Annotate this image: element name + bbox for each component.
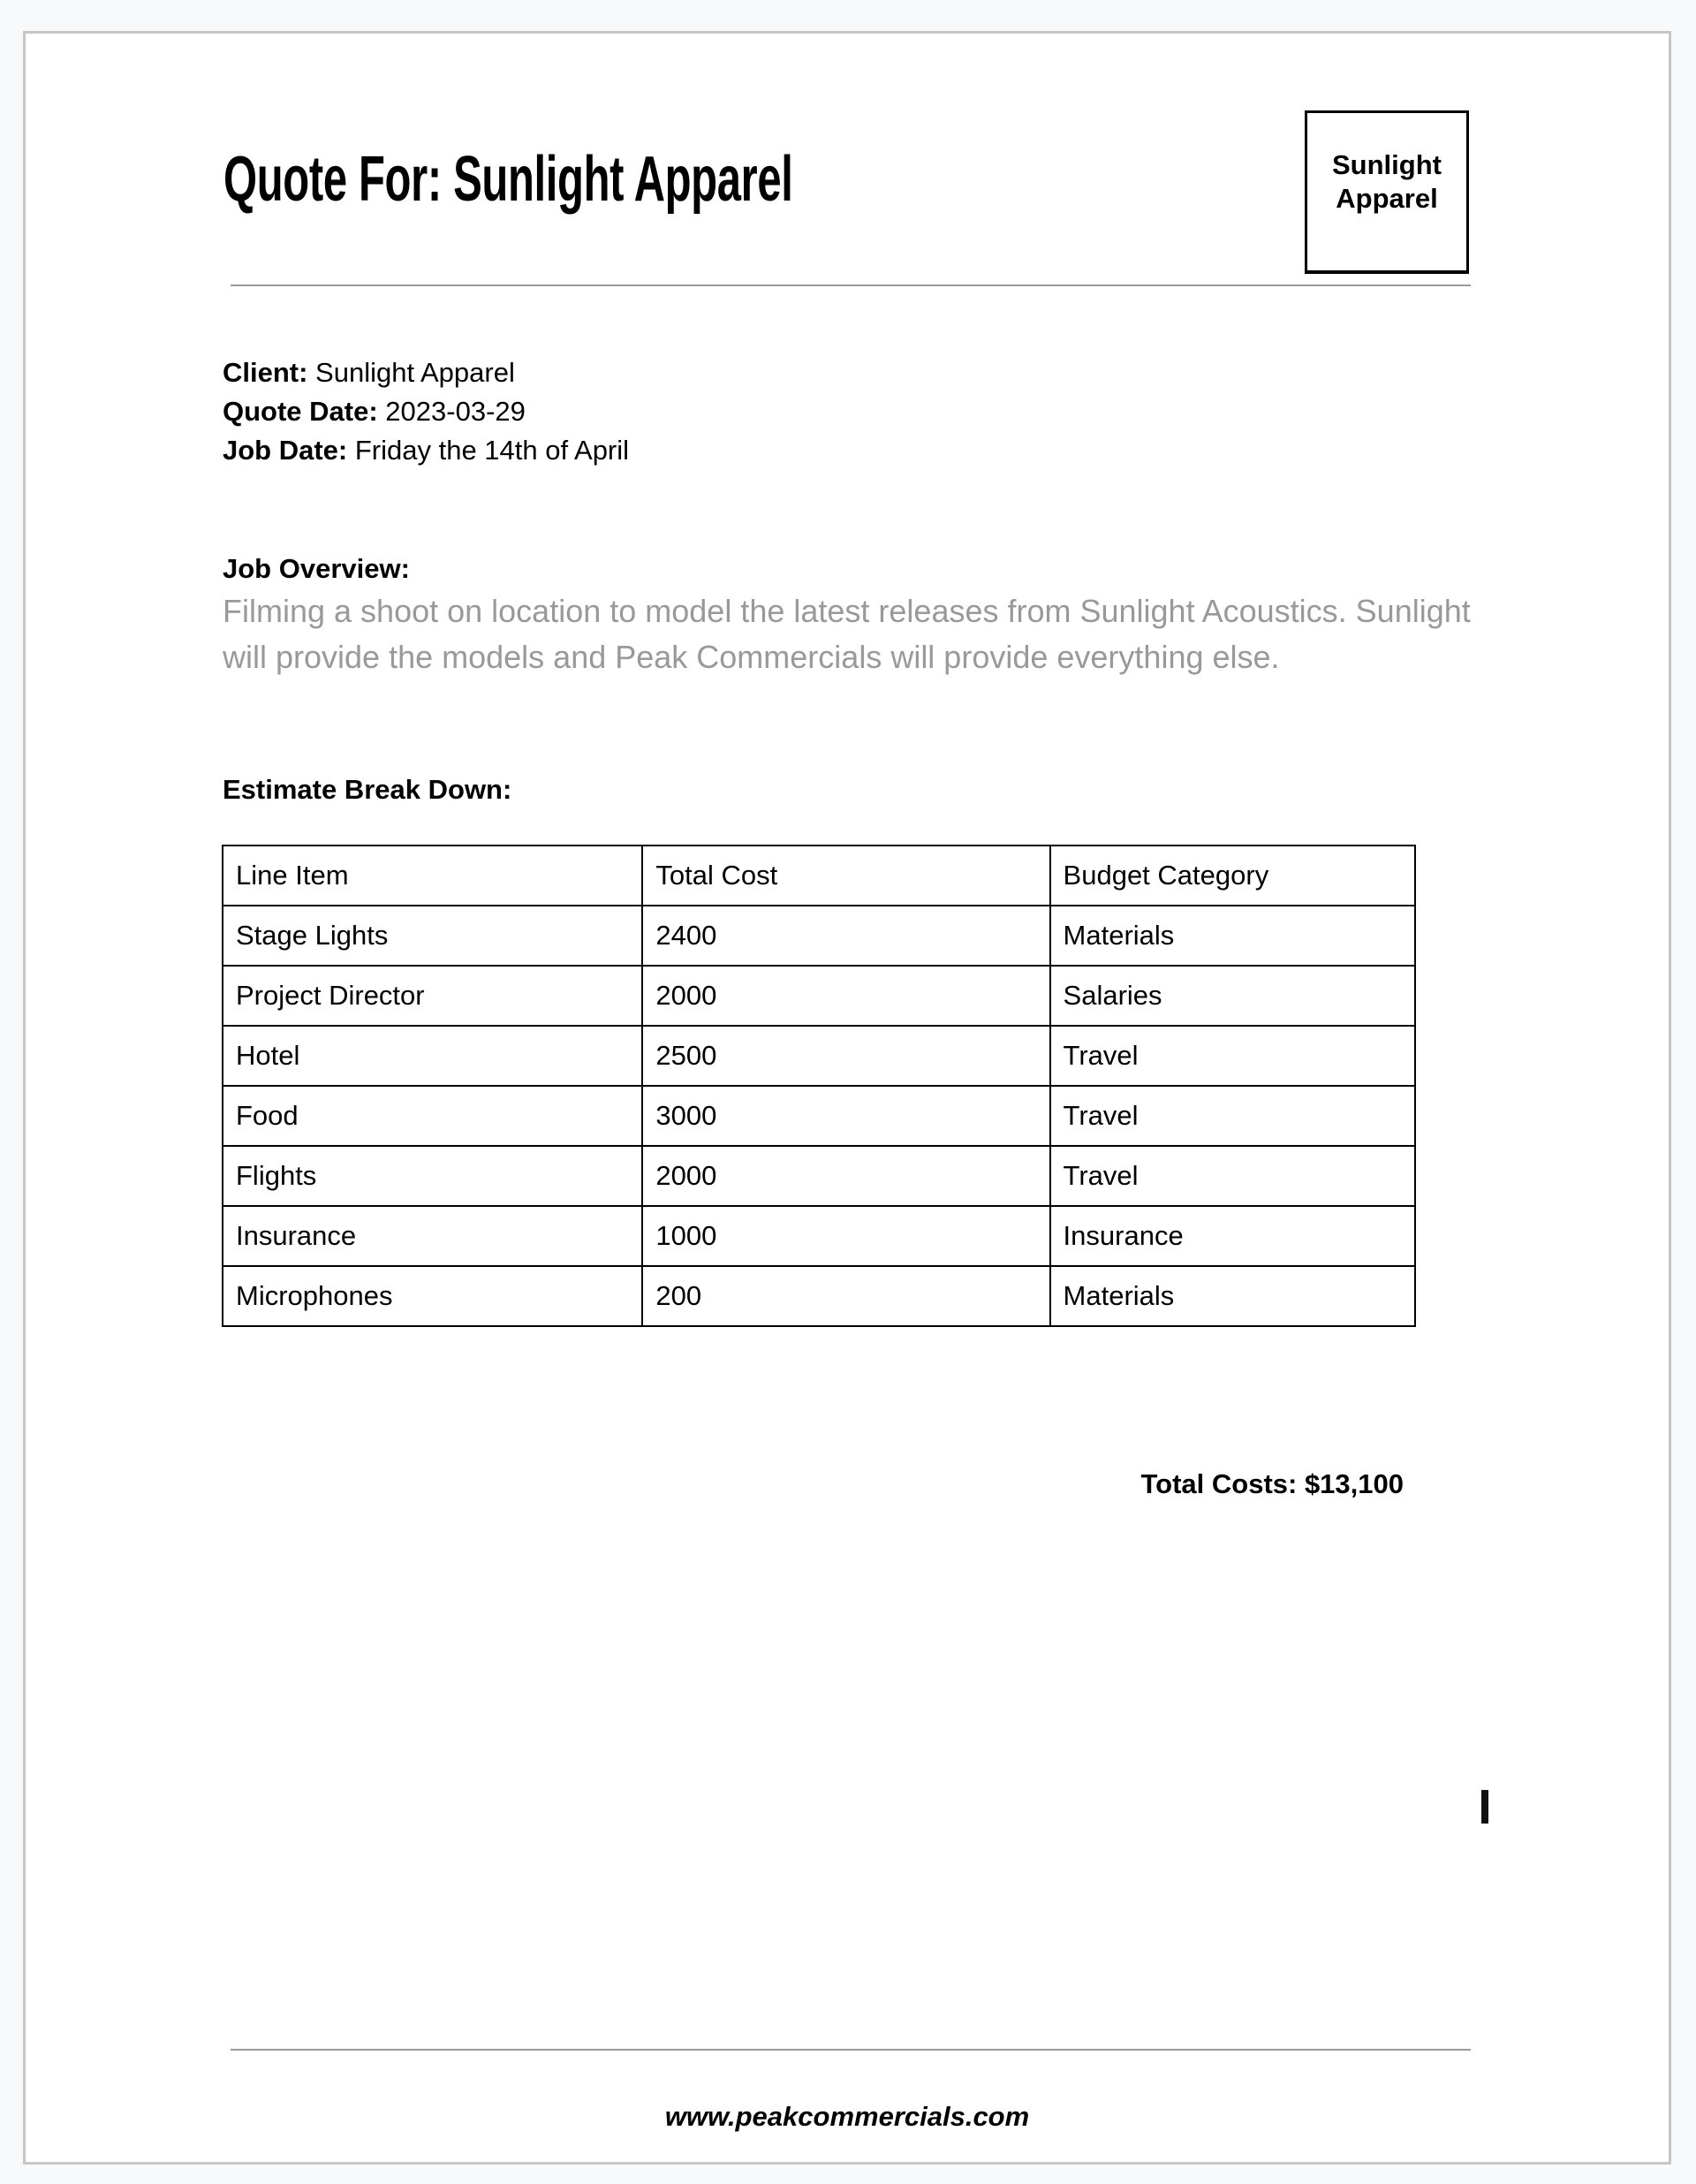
table-cell: Food [223,1086,642,1146]
table-header-row: Line ItemTotal CostBudget Category [223,846,1415,906]
table-row: Flights2000Travel [223,1146,1415,1206]
table-cell: Insurance [1050,1206,1415,1266]
table-cell: 2500 [642,1026,1049,1086]
job-date-value: Friday the 14th of April [347,435,629,466]
header-divider [231,284,1471,286]
table-row: Hotel2500Travel [223,1026,1415,1086]
estimate-table: Line ItemTotal CostBudget CategoryStage … [222,845,1416,1327]
footer-divider [231,2049,1471,2051]
table-cell: 3000 [642,1086,1049,1146]
quote-date-row: Quote Date: 2023-03-29 [223,392,629,431]
client-label: Client: [223,357,307,388]
quote-date-label: Quote Date: [223,396,378,427]
table-cell: Hotel [223,1026,642,1086]
table-cell: 2000 [642,1146,1049,1206]
table-cell: Insurance [223,1206,642,1266]
page-title: Quote For: Sunlight Apparel [223,140,792,219]
table-cell: Stage Lights [223,906,642,966]
table-header-cell: Budget Category [1050,846,1415,906]
client-row: Client: Sunlight Apparel [223,353,629,392]
logo-line-2: Apparel [1307,182,1466,216]
quote-meta: Client: Sunlight Apparel Quote Date: 202… [223,353,629,470]
table-cell: Microphones [223,1266,642,1326]
job-overview-text: Filming a shoot on location to model the… [223,588,1477,680]
table-row: Food3000Travel [223,1086,1415,1146]
quote-date-value: 2023-03-29 [378,396,526,427]
table-cell: Materials [1050,1266,1415,1326]
footer-url: www.peakcommercials.com [26,2099,1669,2135]
text-cursor [1481,1790,1488,1824]
table-cell: Travel [1050,1026,1415,1086]
client-value: Sunlight Apparel [307,357,514,388]
table-cell: Travel [1050,1086,1415,1146]
total-costs: Total Costs: $13,100 [1141,1467,1404,1502]
client-logo-box: Sunlight Apparel [1305,110,1469,274]
job-date-row: Job Date: Friday the 14th of April [223,431,629,470]
job-overview-heading: Job Overview: [223,551,410,587]
table-cell: Salaries [1050,966,1415,1026]
table-row: Insurance1000Insurance [223,1206,1415,1266]
table-cell: 200 [642,1266,1049,1326]
table-row: Project Director2000Salaries [223,966,1415,1026]
estimate-heading: Estimate Break Down: [223,772,511,808]
table-cell: 2400 [642,906,1049,966]
table-row: Microphones200Materials [223,1266,1415,1326]
table-cell: 2000 [642,966,1049,1026]
table-row: Stage Lights2400Materials [223,906,1415,966]
table-cell: Materials [1050,906,1415,966]
job-date-label: Job Date: [223,435,347,466]
table-cell: 1000 [642,1206,1049,1266]
table-header-cell: Total Cost [642,846,1049,906]
table-cell: Travel [1050,1146,1415,1206]
table-header-cell: Line Item [223,846,642,906]
table-cell: Project Director [223,966,642,1026]
table-cell: Flights [223,1146,642,1206]
logo-line-1: Sunlight [1307,148,1466,182]
document-page[interactable]: Quote For: Sunlight Apparel Sunlight App… [23,31,1671,2165]
